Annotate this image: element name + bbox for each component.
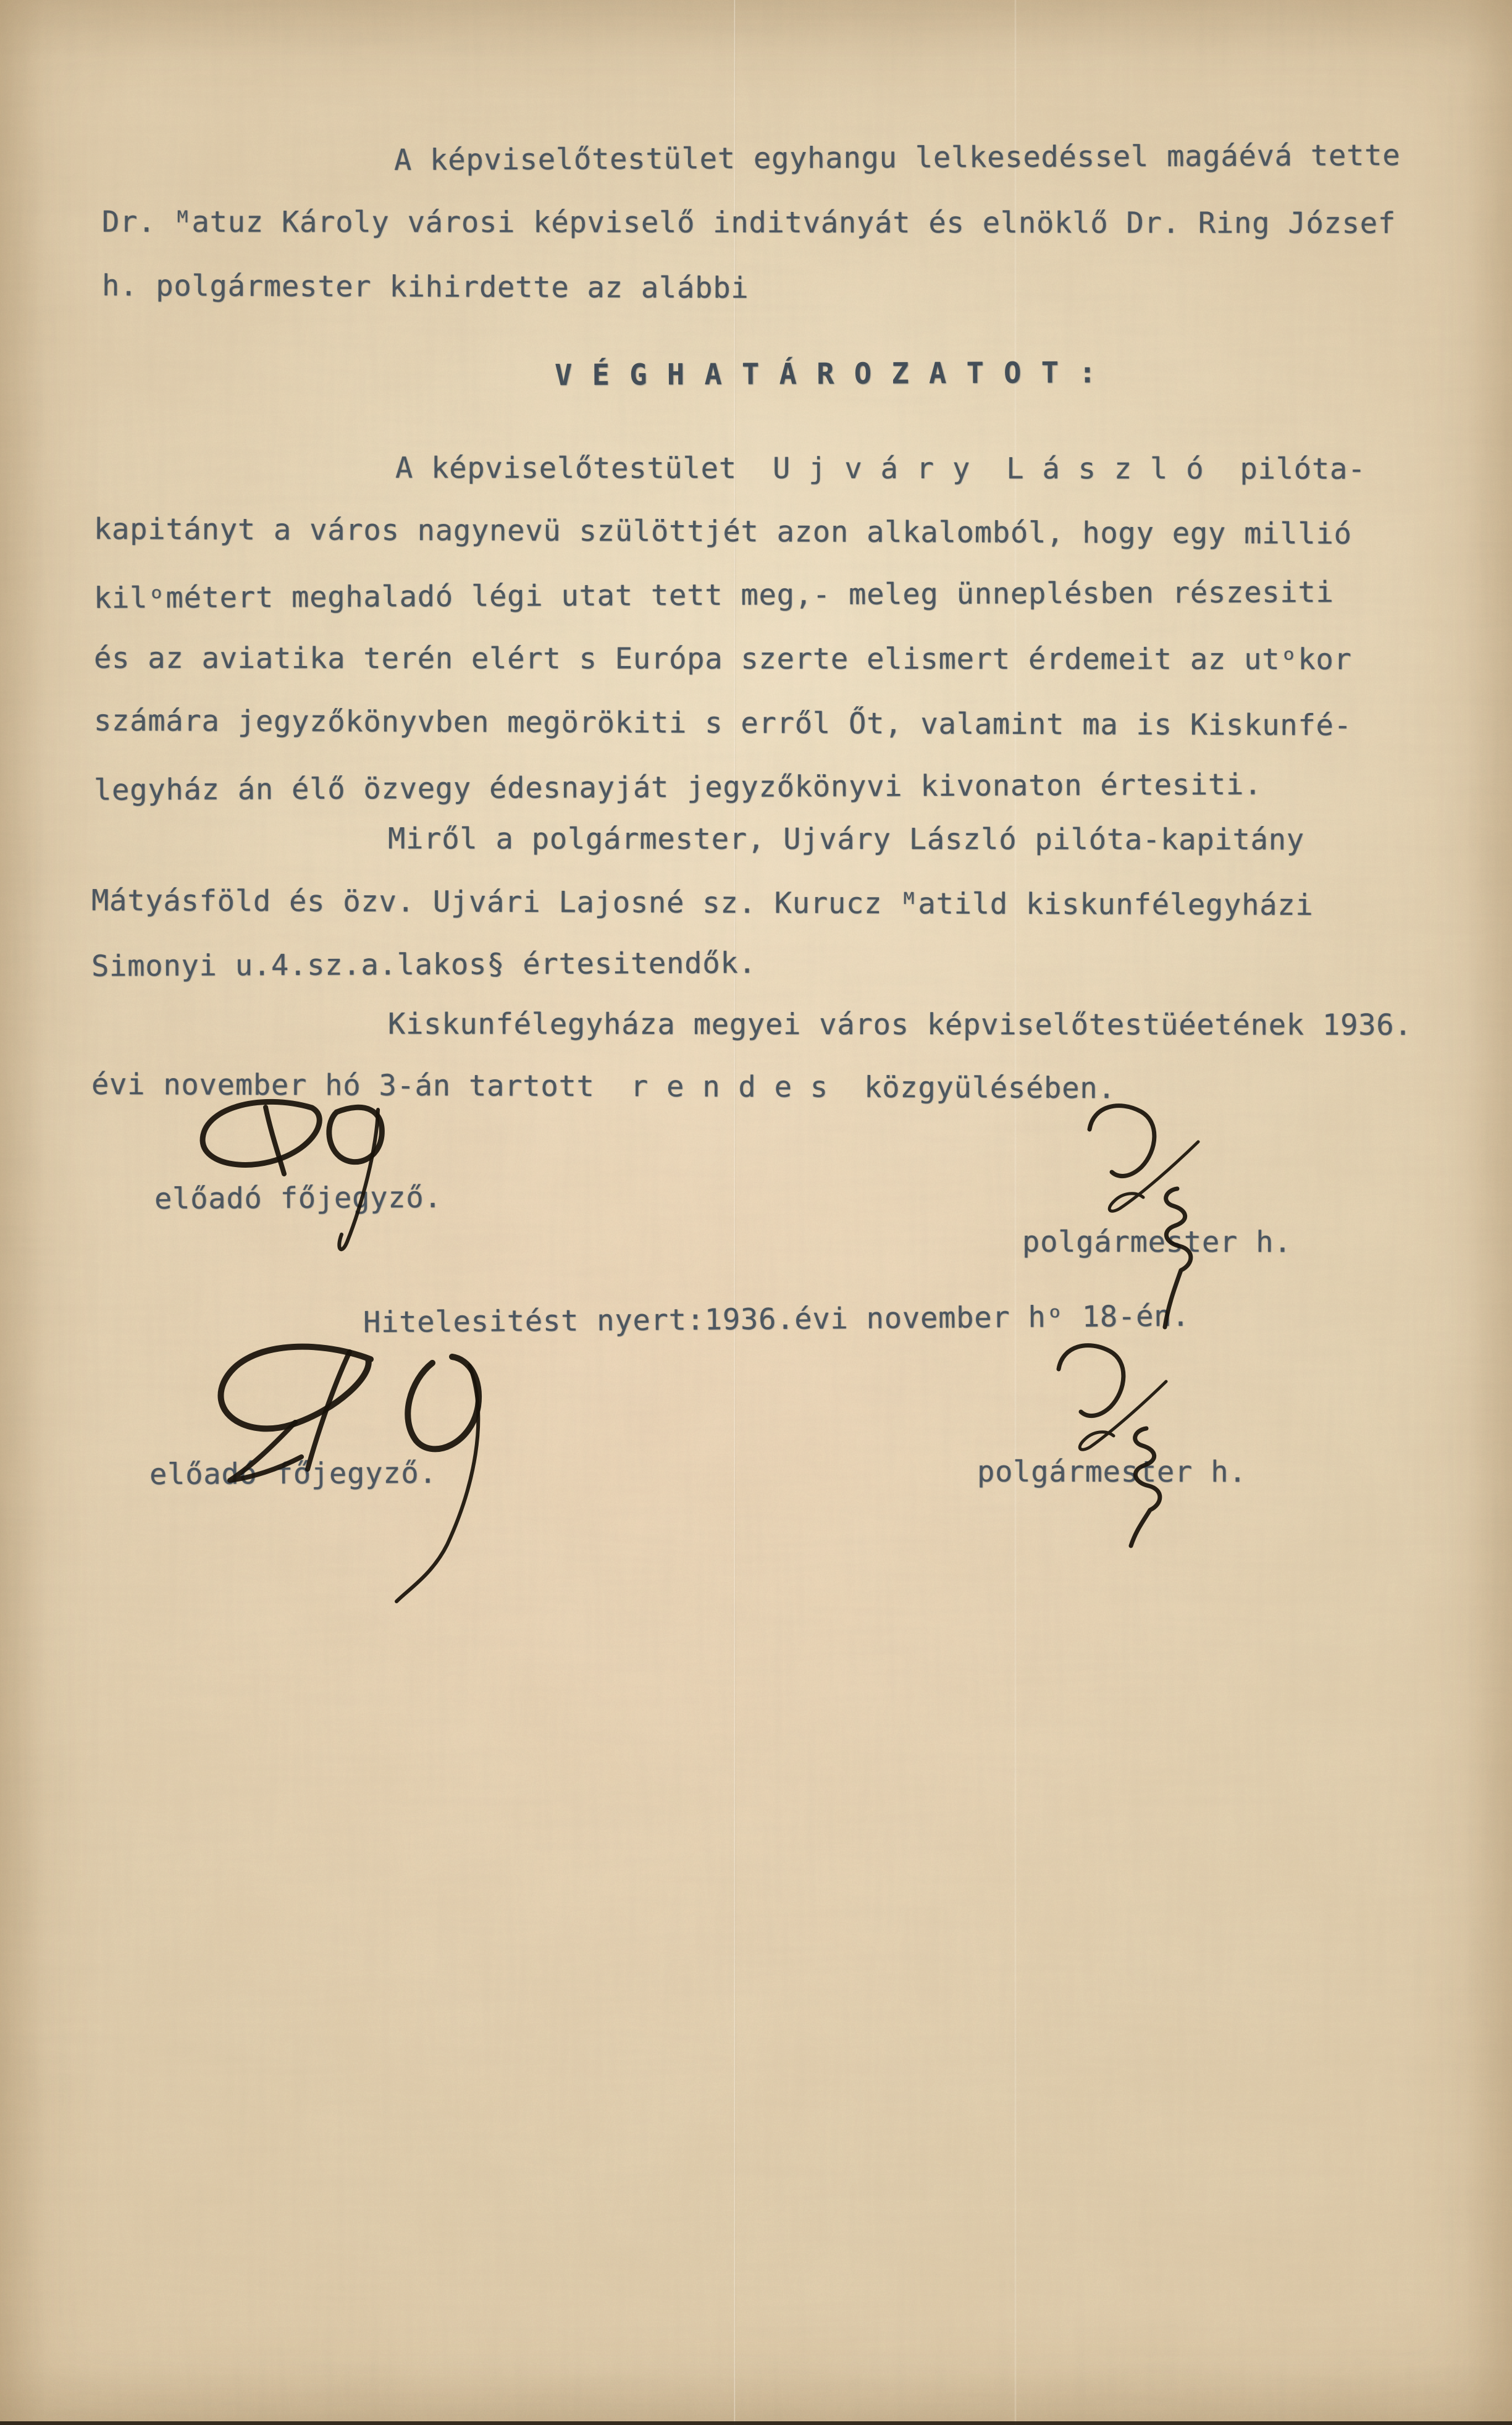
typed-line: Mátyásföld és özv. Ujvári Lajosné sz. Ku… bbox=[91, 884, 1314, 923]
attestation-line: Hitelesitést nyert:1936.évi november hᵒ … bbox=[363, 1299, 1190, 1341]
signatory-title-fojegyzo-1: előadó főjegyző. bbox=[154, 1181, 442, 1217]
decree-heading: V É G H A T Á R O Z A T O T : bbox=[555, 356, 1098, 393]
signature-fojegyzo-1 bbox=[203, 1102, 382, 1249]
typed-line: Simonyi u.4.sz.a.lakos§ értesitendők. bbox=[91, 946, 757, 984]
typed-line: legyház án élő özvegy édesnayját jegyzők… bbox=[94, 767, 1262, 808]
signatory-title-polgarmester-1: polgármester h. bbox=[1022, 1225, 1292, 1260]
typed-line: Dr. ᴹatuz Károly városi képviselő inditv… bbox=[102, 205, 1396, 241]
typed-line: A képviselőtestület egyhangu lelkesedéss… bbox=[394, 138, 1401, 178]
signature-polgarmester-1 bbox=[1090, 1106, 1198, 1327]
signatory-title-polgarmester-2: polgármester h. bbox=[977, 1455, 1247, 1490]
typed-line: A képviselőtestület U j v á r y L á s z … bbox=[395, 451, 1366, 487]
signatory-title-fojegyzo-2: előadó főjegyző. bbox=[149, 1456, 437, 1492]
typed-line: és az aviatika terén elért s Európa szer… bbox=[94, 641, 1352, 677]
typed-line: évi november hó 3-án tartott r e n d e s… bbox=[91, 1068, 1116, 1106]
scan-bottom-edge bbox=[0, 2421, 1512, 2425]
typed-line: kilᵒmétert meghaladó légi utat tett meg,… bbox=[94, 575, 1334, 616]
typed-line: Kiskunfélegyháza megyei város képviselőt… bbox=[388, 1007, 1413, 1043]
signature-polgarmester-2 bbox=[1059, 1346, 1166, 1546]
document-page: A képviselőtestület egyhangu lelkesedéss… bbox=[0, 0, 1512, 2425]
typed-line: kapitányt a város nagynevü szülöttjét az… bbox=[94, 512, 1352, 552]
typed-line: számára jegyzőkönyvben megörökiti s errő… bbox=[94, 704, 1352, 743]
typed-line: h. polgármester kihirdette az alábbi bbox=[102, 269, 749, 306]
typed-line: Miről a polgármester, Ujváry László piló… bbox=[388, 822, 1304, 858]
